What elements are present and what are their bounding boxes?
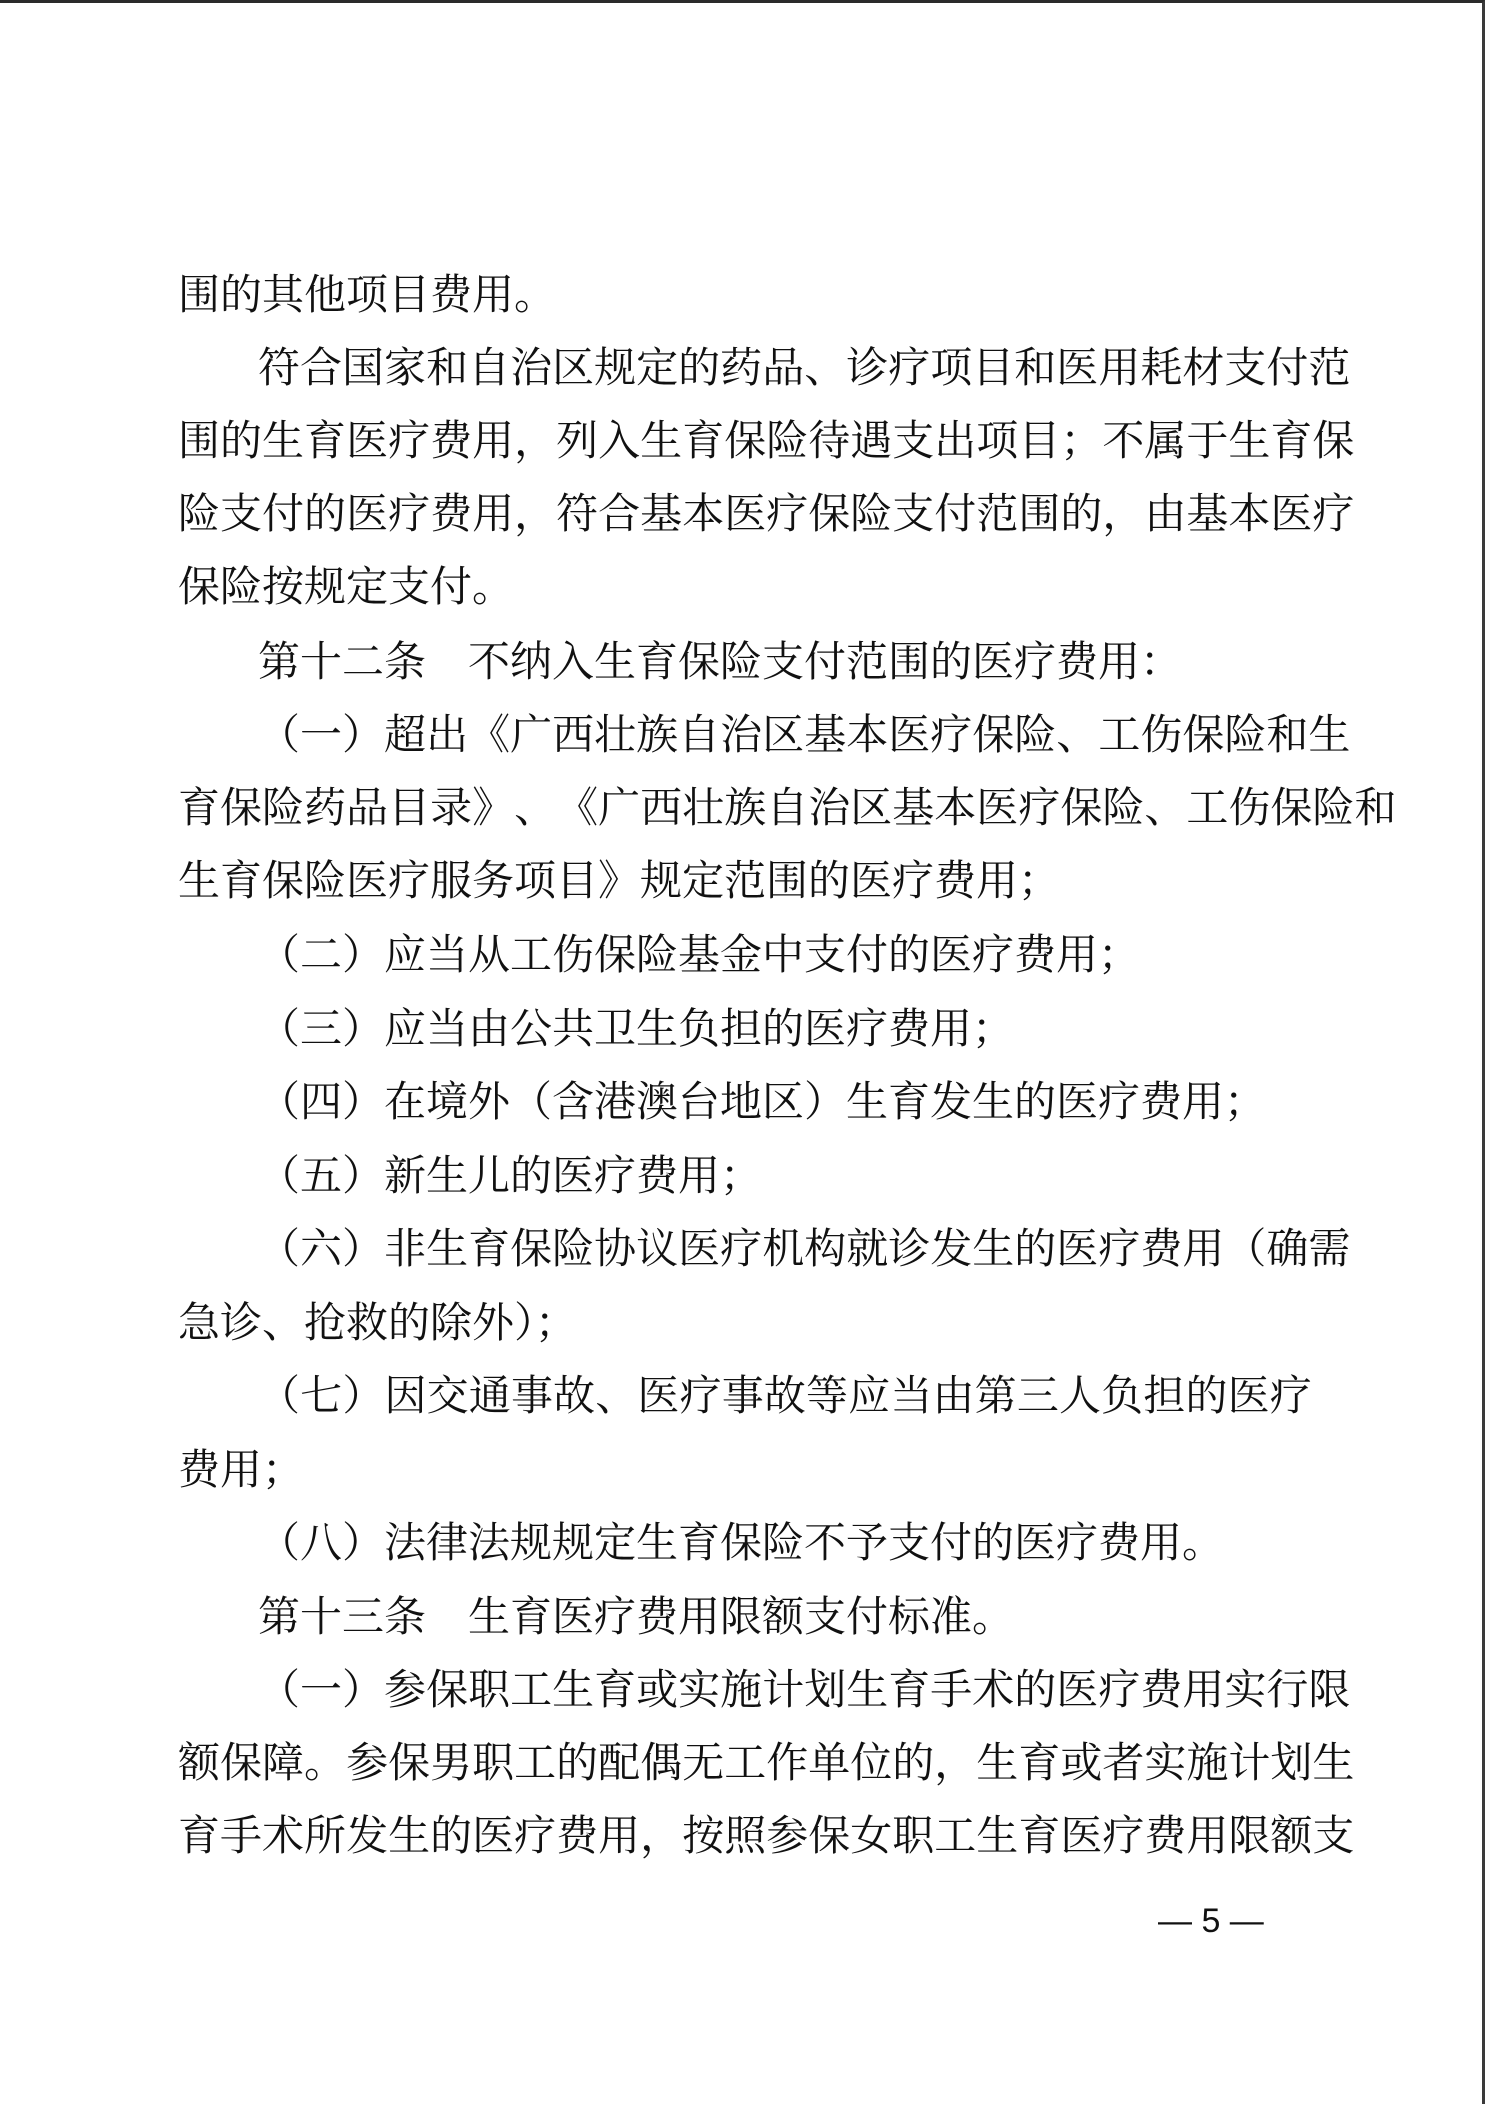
text-line: （一）超出《广西壮族自治区基本医疗保险、工伤保险和生 bbox=[258, 705, 1312, 765]
text-line: 第十三条 生育医疗费用限额支付标准。 bbox=[258, 1587, 1014, 1647]
text-line: 费用； bbox=[178, 1440, 304, 1500]
text-line: （三）应当由公共卫生负担的医疗费用； bbox=[258, 999, 1014, 1059]
text-line: （二）应当从工伤保险基金中支付的医疗费用； bbox=[258, 925, 1140, 985]
text-line: 额保障。参保男职工的配偶无工作单位的，生育或者实施计划生 bbox=[178, 1733, 1312, 1793]
document-page: 围的其他项目费用。符合国家和自治区规定的药品、诊疗项目和医用耗材支付范围的生育医… bbox=[0, 0, 1485, 2104]
text-line: （七）因交通事故、医疗事故等应当由第三人负担的医疗 bbox=[258, 1366, 1312, 1426]
text-line: 符合国家和自治区规定的药品、诊疗项目和医用耗材支付范 bbox=[258, 338, 1312, 398]
text-line: 保险按规定支付。 bbox=[178, 557, 514, 617]
text-line: （六）非生育保险协议医疗机构就诊发生的医疗费用（确需 bbox=[258, 1219, 1312, 1279]
text-line: （四）在境外（含港澳台地区）生育发生的医疗费用； bbox=[258, 1072, 1266, 1132]
text-line: 第十二条 不纳入生育保险支付范围的医疗费用： bbox=[258, 632, 1182, 692]
text-line: 围的其他项目费用。 bbox=[178, 265, 556, 325]
text-line: （五）新生儿的医疗费用； bbox=[258, 1146, 762, 1206]
text-line: 围的生育医疗费用，列入生育保险待遇支出项目；不属于生育保 bbox=[178, 411, 1312, 471]
text-line: 育保险药品目录》、《广西壮族自治区基本医疗保险、工伤保险和 bbox=[178, 778, 1312, 838]
page-number: — 5 — bbox=[1158, 1896, 1264, 1946]
text-line: （八）法律法规规定生育保险不予支付的医疗费用。 bbox=[258, 1513, 1224, 1573]
text-line: 险支付的医疗费用，符合基本医疗保险支付范围的，由基本医疗 bbox=[178, 484, 1312, 544]
text-line: 急诊、抢救的除外）； bbox=[178, 1293, 577, 1353]
text-line: （一）参保职工生育或实施计划生育手术的医疗费用实行限 bbox=[258, 1660, 1312, 1720]
text-line: 生育保险医疗服务项目》规定范围的医疗费用； bbox=[178, 851, 1060, 911]
text-line: 育手术所发生的医疗费用，按照参保女职工生育医疗费用限额支 bbox=[178, 1806, 1312, 1866]
